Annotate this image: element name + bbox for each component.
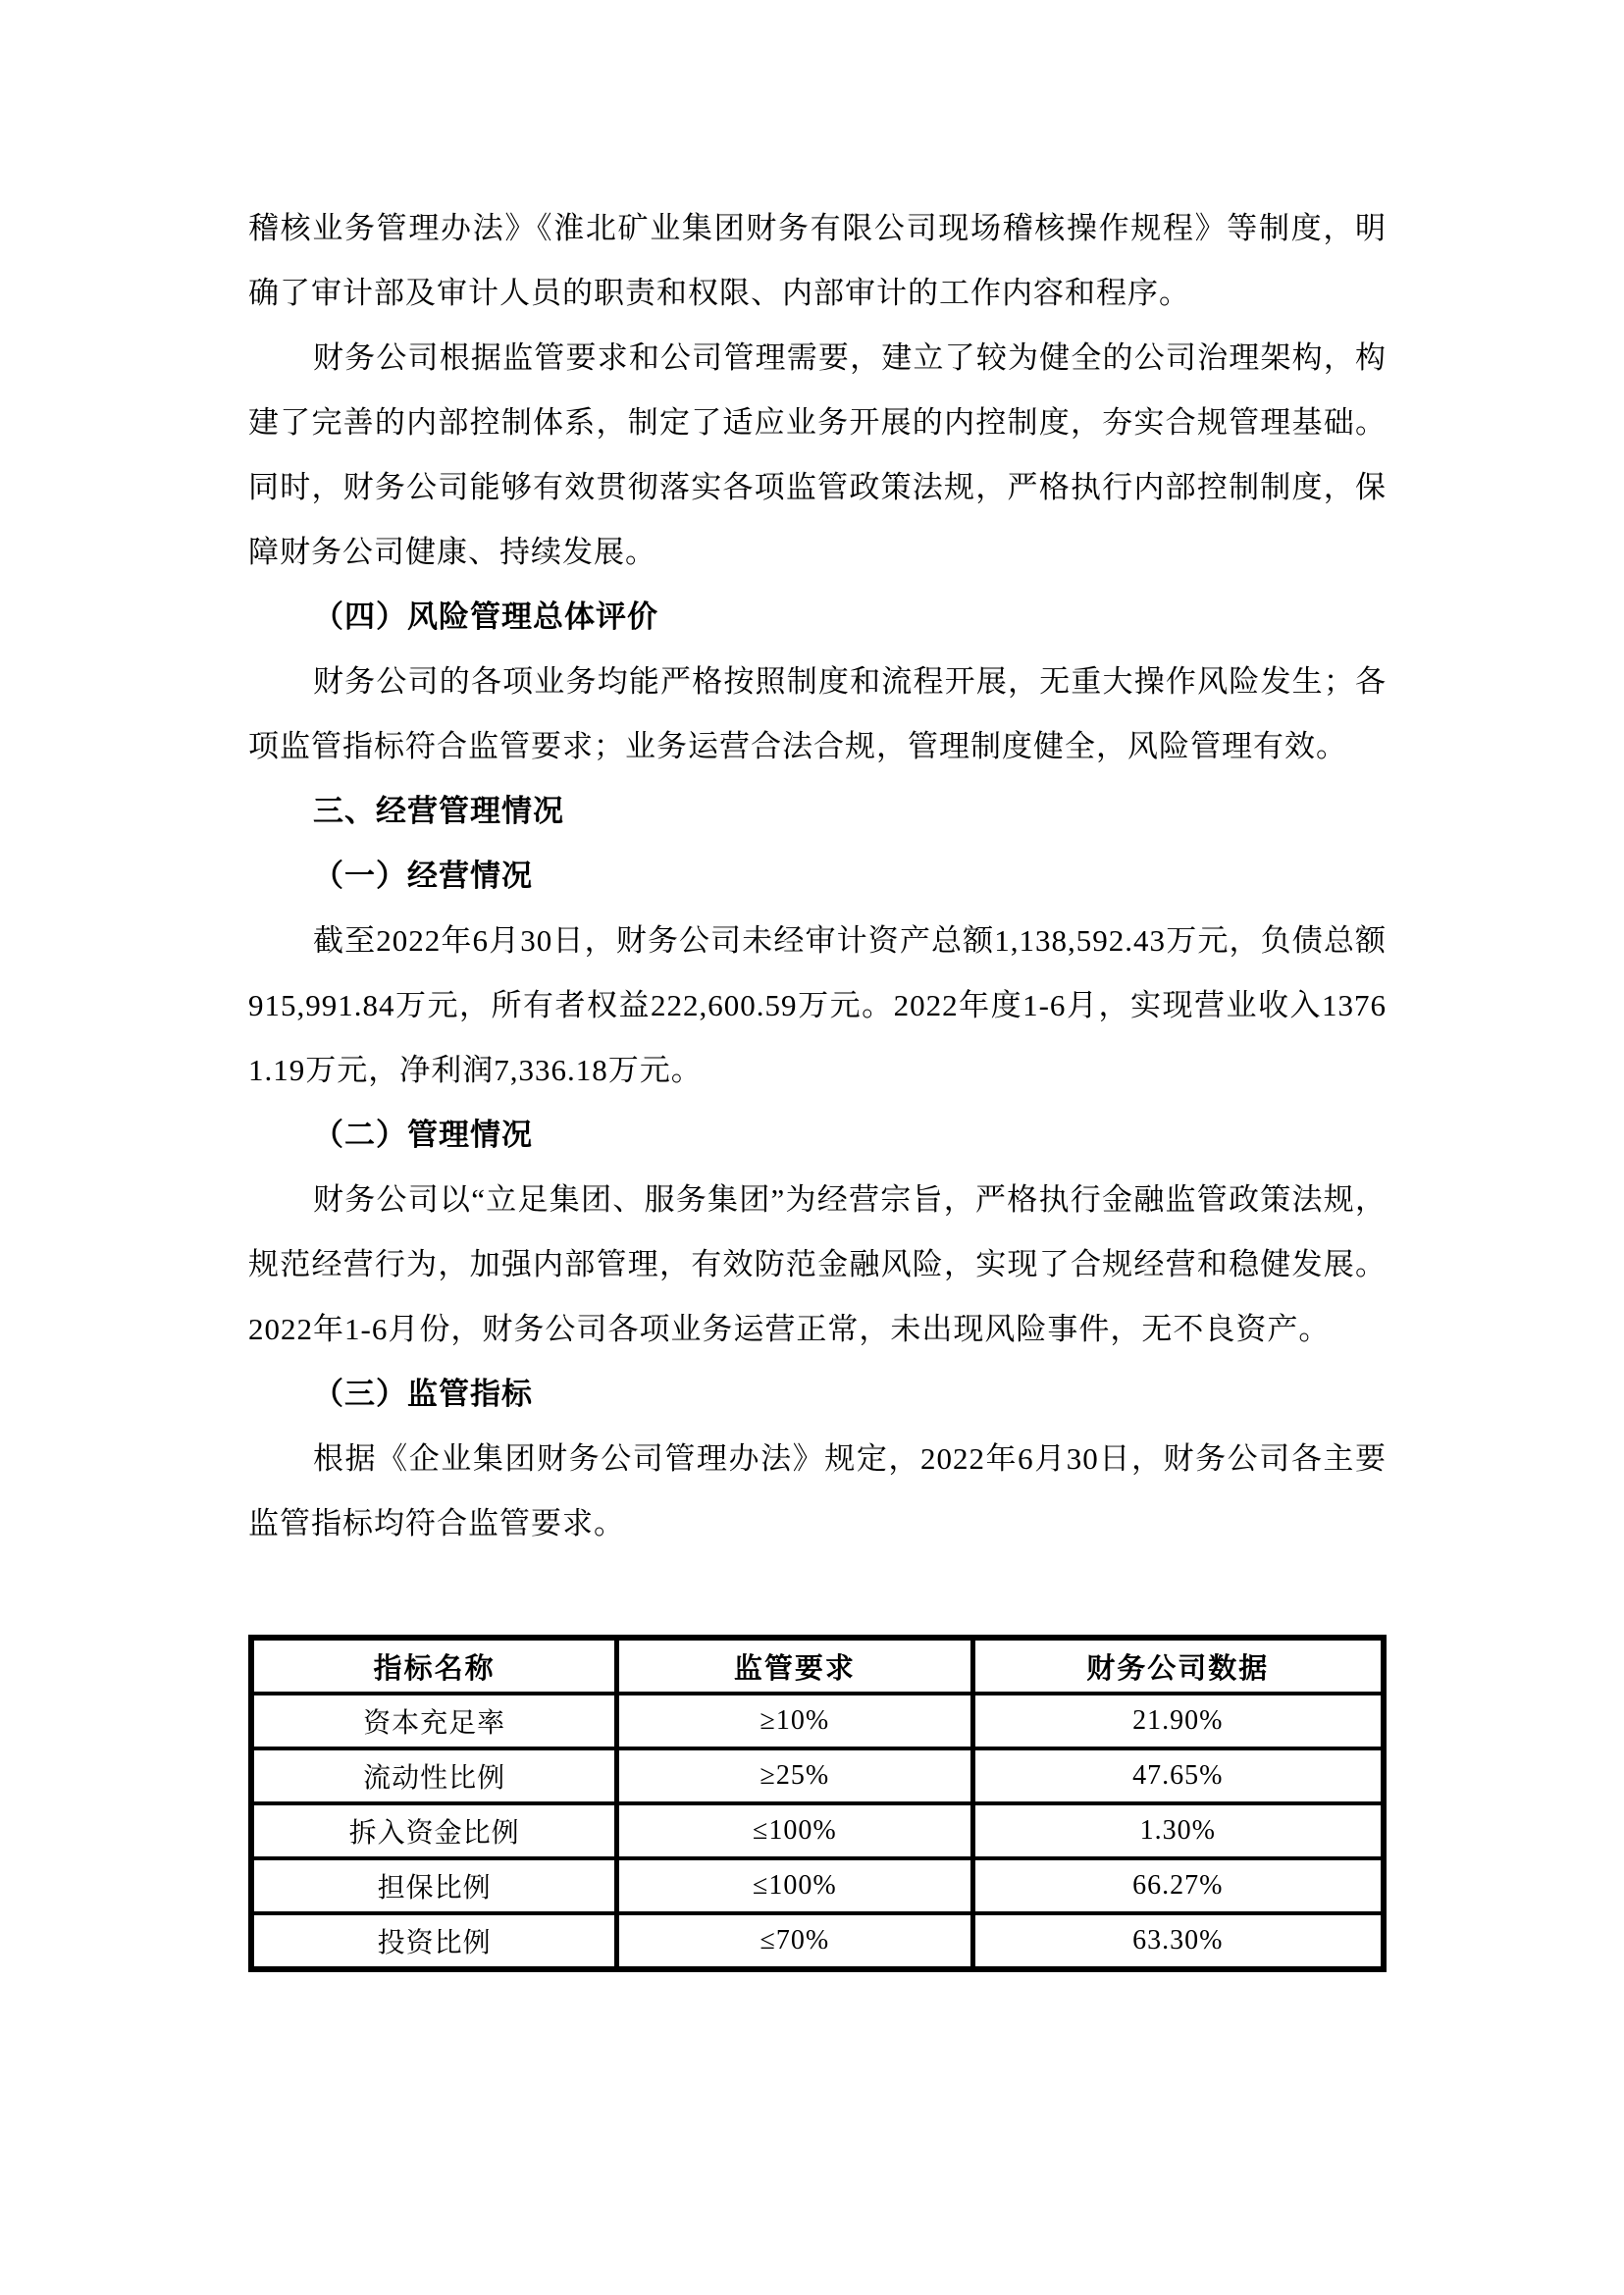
cell-value: 47.65%	[972, 1748, 1384, 1803]
cell-requirement: ≥10%	[617, 1694, 972, 1748]
paragraph-risk-evaluation: 财务公司的各项业务均能严格按照制度和流程开展，无重大操作风险发生；各项监管指标符…	[248, 650, 1387, 779]
table-row-liquidity-ratio: 流动性比例 ≥25% 47.65%	[251, 1748, 1384, 1803]
column-header-regulatory-requirement: 监管要求	[617, 1638, 972, 1694]
paragraph-audit-rules-continuation: 稽核业务管理办法》《淮北矿业集团财务有限公司现场稽核操作规程》等制度，明确了审计…	[248, 196, 1387, 326]
page-content: 稽核业务管理办法》《淮北矿业集团财务有限公司现场稽核操作规程》等制度，明确了审计…	[248, 196, 1387, 1972]
regulatory-indicators-table: 指标名称 监管要求 财务公司数据 资本充足率 ≥10% 21.90% 流动性比例…	[248, 1635, 1387, 1972]
cell-indicator-name: 担保比例	[251, 1858, 617, 1913]
cell-value: 63.30%	[972, 1913, 1384, 1969]
cell-requirement: ≥25%	[617, 1748, 972, 1803]
paragraph-management: 财务公司以“立足集团、服务集团”为经营宗旨，严格执行金融监管政策法规，规范经营行…	[248, 1168, 1387, 1362]
table-row-guarantee-ratio: 担保比例 ≤100% 66.27%	[251, 1858, 1384, 1913]
cell-indicator-name: 拆入资金比例	[251, 1803, 617, 1858]
cell-indicator-name: 投资比例	[251, 1913, 617, 1969]
cell-indicator-name: 资本充足率	[251, 1694, 617, 1748]
table-row-investment-ratio: 投资比例 ≤70% 63.30%	[251, 1913, 1384, 1969]
cell-requirement: ≤70%	[617, 1913, 972, 1969]
cell-value: 1.30%	[972, 1803, 1384, 1858]
section-heading-regulatory-indicators: （三）监管指标	[248, 1362, 1387, 1427]
chapter-heading-operations-management: 三、经营管理情况	[248, 779, 1387, 844]
paragraph-regulatory-indicators: 根据《企业集团财务公司管理办法》规定，2022年6月30日，财务公司各主要监管指…	[248, 1427, 1387, 1556]
cell-requirement: ≤100%	[617, 1858, 972, 1913]
section-heading-operations: （一）经营情况	[248, 844, 1387, 909]
section-heading-management: （二）管理情况	[248, 1103, 1387, 1168]
column-header-indicator-name: 指标名称	[251, 1638, 617, 1694]
cell-value: 66.27%	[972, 1858, 1384, 1913]
document-page: 稽核业务管理办法》《淮北矿业集团财务有限公司现场稽核操作规程》等制度，明确了审计…	[0, 0, 1624, 2295]
paragraph-governance: 财务公司根据监管要求和公司管理需要，建立了较为健全的公司治理架构，构建了完善的内…	[248, 326, 1387, 585]
table-row-borrowed-funds-ratio: 拆入资金比例 ≤100% 1.30%	[251, 1803, 1384, 1858]
column-header-company-data: 财务公司数据	[972, 1638, 1384, 1694]
section-heading-risk-evaluation: （四）风险管理总体评价	[248, 585, 1387, 650]
table-header-row: 指标名称 监管要求 财务公司数据	[251, 1638, 1384, 1694]
cell-value: 21.90%	[972, 1694, 1384, 1748]
table-row-capital-adequacy: 资本充足率 ≥10% 21.90%	[251, 1694, 1384, 1748]
cell-requirement: ≤100%	[617, 1803, 972, 1858]
cell-indicator-name: 流动性比例	[251, 1748, 617, 1803]
paragraph-operations-figures: 截至2022年6月30日，财务公司未经审计资产总额1,138,592.43万元，…	[248, 909, 1387, 1103]
